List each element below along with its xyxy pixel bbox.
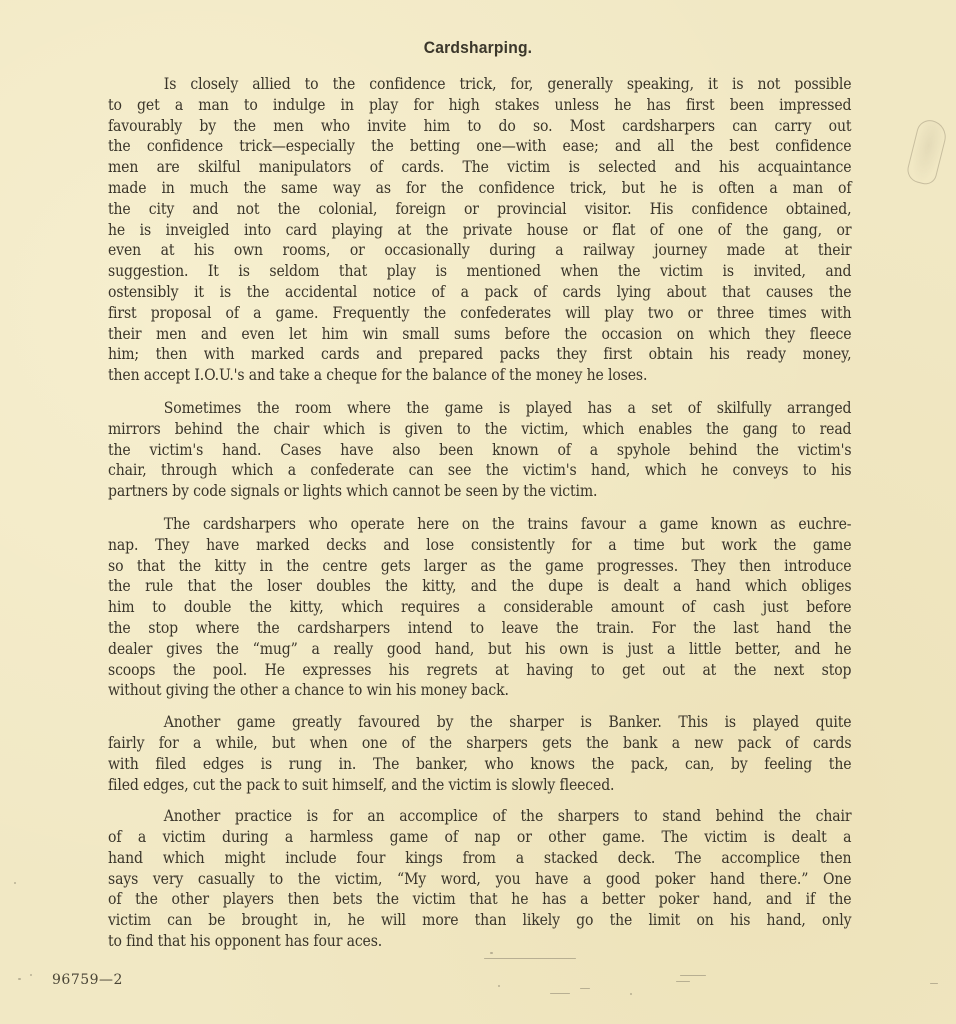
text-line: suggestion. It is seldom that play is me… [108, 261, 851, 282]
paragraph-4: Another game greatly favoured by the sha… [108, 712, 852, 795]
text-line: nap. They have marked decks and lose con… [108, 535, 851, 556]
text-line: partners by code signals or lights which… [108, 481, 851, 502]
page-code: 96759—2 [52, 972, 123, 988]
text-line: fairly for a while, but when one of the … [108, 733, 851, 754]
text-line: Another game greatly favoured by the sha… [108, 712, 851, 733]
text-line: made in much the same way as for the con… [108, 178, 851, 199]
text-line: men are skilful manipulators of cards. T… [108, 157, 851, 178]
article-body: Is closely allied to the confidence tric… [108, 74, 852, 952]
print-mark [30, 974, 32, 976]
paragraph-spacer [108, 701, 852, 712]
page-title: Cardsharping. [38, 38, 918, 58]
print-mark [680, 975, 706, 976]
text-line: Is closely allied to the confidence tric… [108, 74, 851, 95]
text-line: filed edges, cut the pack to suit himsel… [108, 775, 851, 796]
print-mark [18, 978, 21, 980]
print-mark [550, 993, 570, 994]
text-line: the stop where the cardsharpers intend t… [108, 618, 851, 639]
print-mark [930, 983, 938, 984]
print-mark [630, 993, 632, 995]
paragraph-spacer [108, 502, 852, 514]
paragraph-2: Sometimes the room where the game is pla… [108, 398, 852, 502]
paragraph-5: Another practice is for an accomplice of… [108, 806, 852, 952]
paper-stain [905, 117, 950, 186]
text-line: to get a man to indulge in play for high… [108, 95, 851, 116]
paragraph-spacer [108, 795, 852, 806]
text-line: of the other players then bets the victi… [108, 889, 851, 910]
text-line: to find that his opponent has four aces. [108, 931, 851, 952]
text-line: first proposal of a game. Frequently the… [108, 303, 851, 324]
text-line: victim can be brought in, he will more t… [108, 910, 851, 931]
text-line: Sometimes the room where the game is pla… [108, 398, 851, 419]
text-line: ostensibly it is the accidental notice o… [108, 282, 851, 303]
text-line: Another practice is for an accomplice of… [108, 806, 851, 827]
text-line: mirrors behind the chair which is given … [108, 419, 851, 440]
text-line: hand which might include four kings from… [108, 848, 851, 869]
text-line: he is inveigled into card playing at the… [108, 220, 851, 241]
text-line: the city and not the colonial, foreign o… [108, 199, 851, 220]
paragraph-1: Is closely allied to the confidence tric… [108, 74, 852, 386]
text-line: with filed edges is rung in. The banker,… [108, 754, 851, 775]
print-mark [676, 981, 690, 982]
paragraph-spacer [108, 386, 852, 398]
print-mark [490, 952, 493, 954]
text-line: him; then with marked cards and prepared… [108, 344, 851, 365]
text-line: The cardsharpers who operate here on the… [108, 514, 851, 535]
end-rule [484, 958, 576, 959]
text-line: the rule that the loser doubles the kitt… [108, 576, 851, 597]
print-mark [580, 988, 590, 989]
print-mark [498, 985, 500, 987]
text-line: him to double the kitty, which requires … [108, 597, 851, 618]
paragraph-3: The cardsharpers who operate here on the… [108, 514, 852, 701]
text-line: so that the kitty in the centre gets lar… [108, 556, 851, 577]
text-line: without giving the other a chance to win… [108, 680, 851, 701]
text-line: of a victim during a harmless game of na… [108, 827, 851, 848]
print-mark [14, 882, 16, 884]
text-line: then accept I.O.U.'s and take a cheque f… [108, 365, 851, 386]
text-line: dealer gives the “mug” a really good han… [108, 639, 851, 660]
text-line: even at his own rooms, or occasionally d… [108, 240, 851, 261]
document-page: Cardsharping. Is closely allied to the c… [0, 0, 956, 1024]
text-line: the confidence trick—especially the bett… [108, 136, 851, 157]
text-line: chair, through which a confederate can s… [108, 460, 851, 481]
text-line: favourably by the men who invite him to … [108, 116, 851, 137]
text-line: says very casually to the victim, “My wo… [108, 869, 851, 890]
text-line: the victim's hand. Cases have also been … [108, 440, 851, 461]
text-line: their men and even let him win small sum… [108, 324, 851, 345]
text-line: scoops the pool. He expresses his regret… [108, 660, 851, 681]
